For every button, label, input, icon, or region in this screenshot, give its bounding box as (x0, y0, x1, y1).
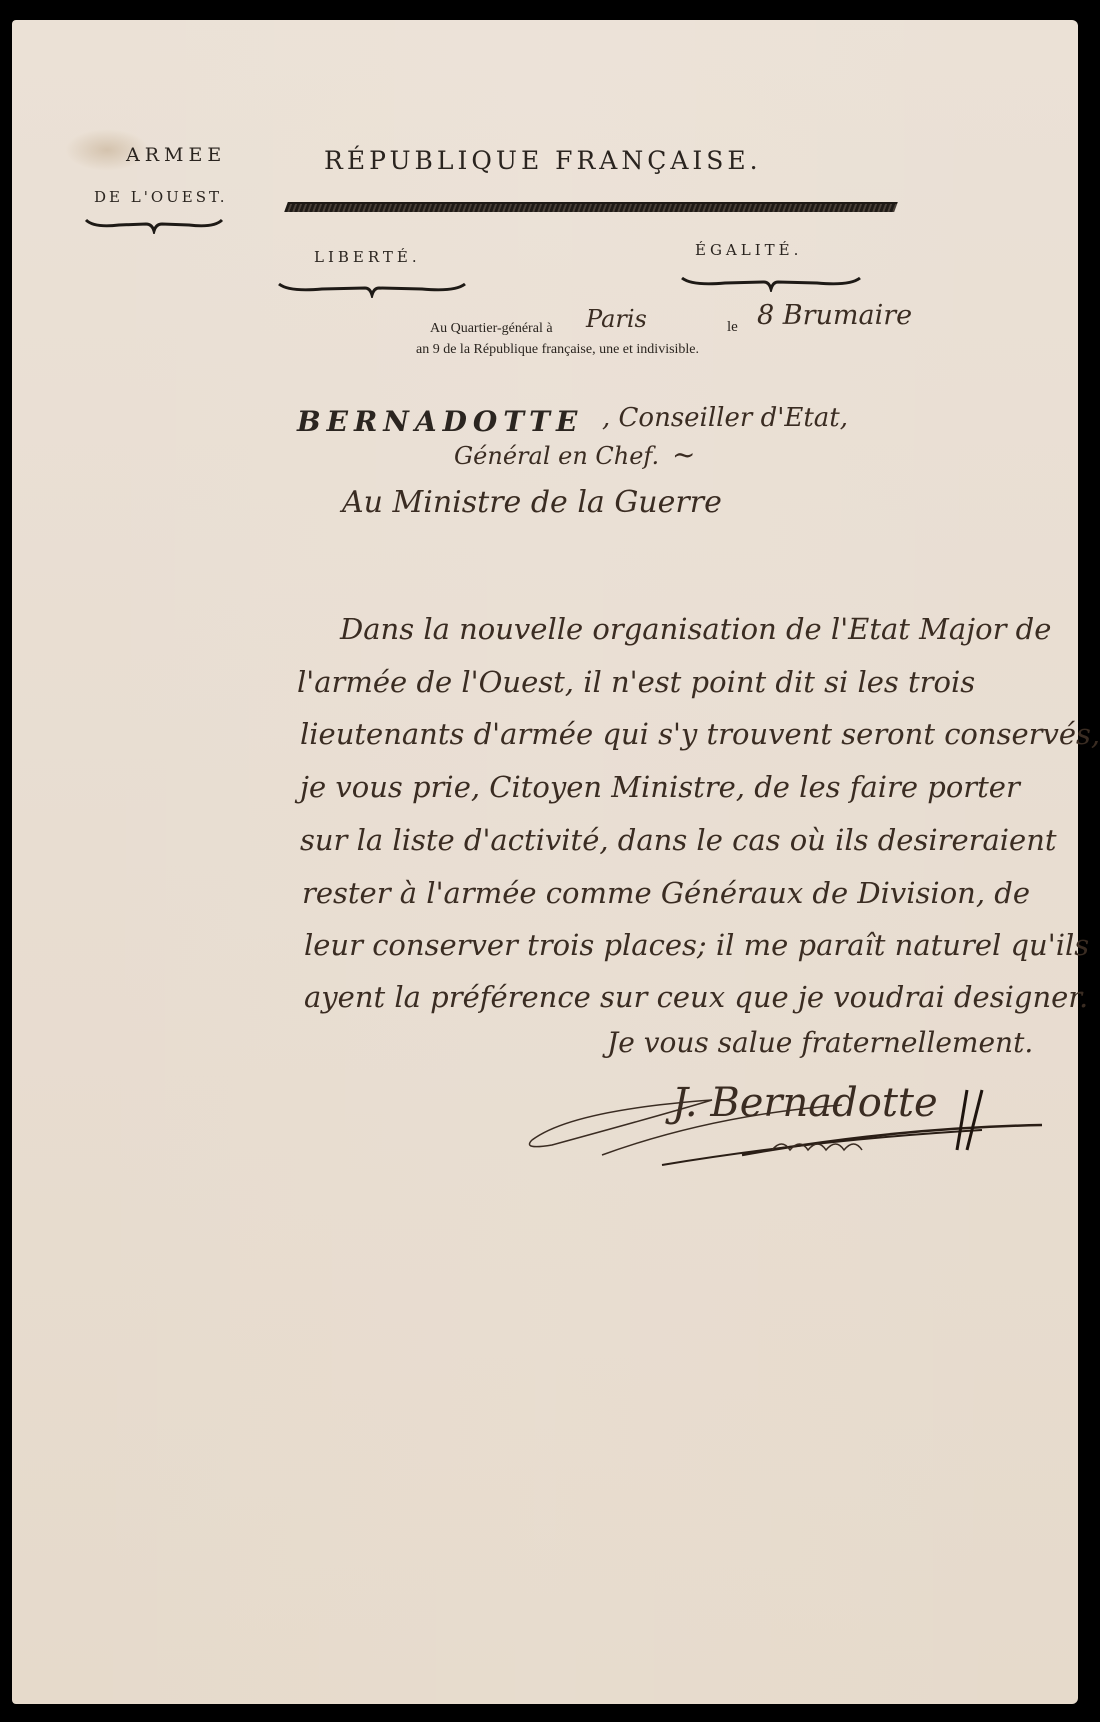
letter-paper: ARMEE DE L'OUEST. RÉPUBLIQUE FRANÇAISE. … (12, 20, 1078, 1704)
body-line: rester à l'armée comme Généraux de Divis… (302, 876, 1030, 910)
body-line: Dans la nouvelle organisation de l'Etat … (340, 612, 1051, 646)
brace-ornament-egalite (680, 276, 862, 292)
army-heading: ARMEE (126, 144, 226, 166)
brace-ornament-liberte (277, 282, 467, 298)
date-label: le (727, 319, 738, 336)
brace-ornament-army (84, 218, 224, 234)
addressee: Au Ministre de la Guerre (342, 485, 722, 520)
army-subheading: DE L'OUEST. (94, 188, 228, 206)
date-value: 8 Brumaire (757, 300, 912, 331)
republic-title: RÉPUBLIQUE FRANÇAISE. (324, 146, 762, 175)
sender-title-1: , Conseiller d'Etat, (602, 403, 848, 433)
hq-label: Au Quartier-général à (430, 321, 553, 337)
body-line: sur la liste d'activité, dans le cas où … (300, 823, 1057, 857)
body-line: lieutenants d'armée qui s'y trouvent ser… (300, 717, 1100, 751)
body-line: ayent la préférence sur ceux que je voud… (304, 980, 1088, 1014)
sender-name: BERNADOTTE (297, 405, 583, 438)
year-line: an 9 de la République française, une et … (416, 342, 699, 358)
flourish-ornament: ~ (672, 438, 695, 471)
decorative-rule (284, 202, 898, 212)
body-line: je vous prie, Citoyen Ministre, de les f… (300, 770, 1020, 804)
body-line: l'armée de l'Ouest, il n'est point dit s… (297, 665, 975, 699)
signature-flourish (512, 1060, 1052, 1170)
sender-title-2: Général en Chef. (454, 442, 659, 470)
motto-liberte: LIBERTÉ. (314, 248, 421, 266)
motto-egalite: ÉGALITÉ. (695, 241, 802, 259)
closing: Je vous salue fraternellement. (607, 1026, 1033, 1059)
body-line: leur conserver trois places; il me paraî… (304, 928, 1089, 962)
hq-place: Paris (586, 305, 647, 333)
